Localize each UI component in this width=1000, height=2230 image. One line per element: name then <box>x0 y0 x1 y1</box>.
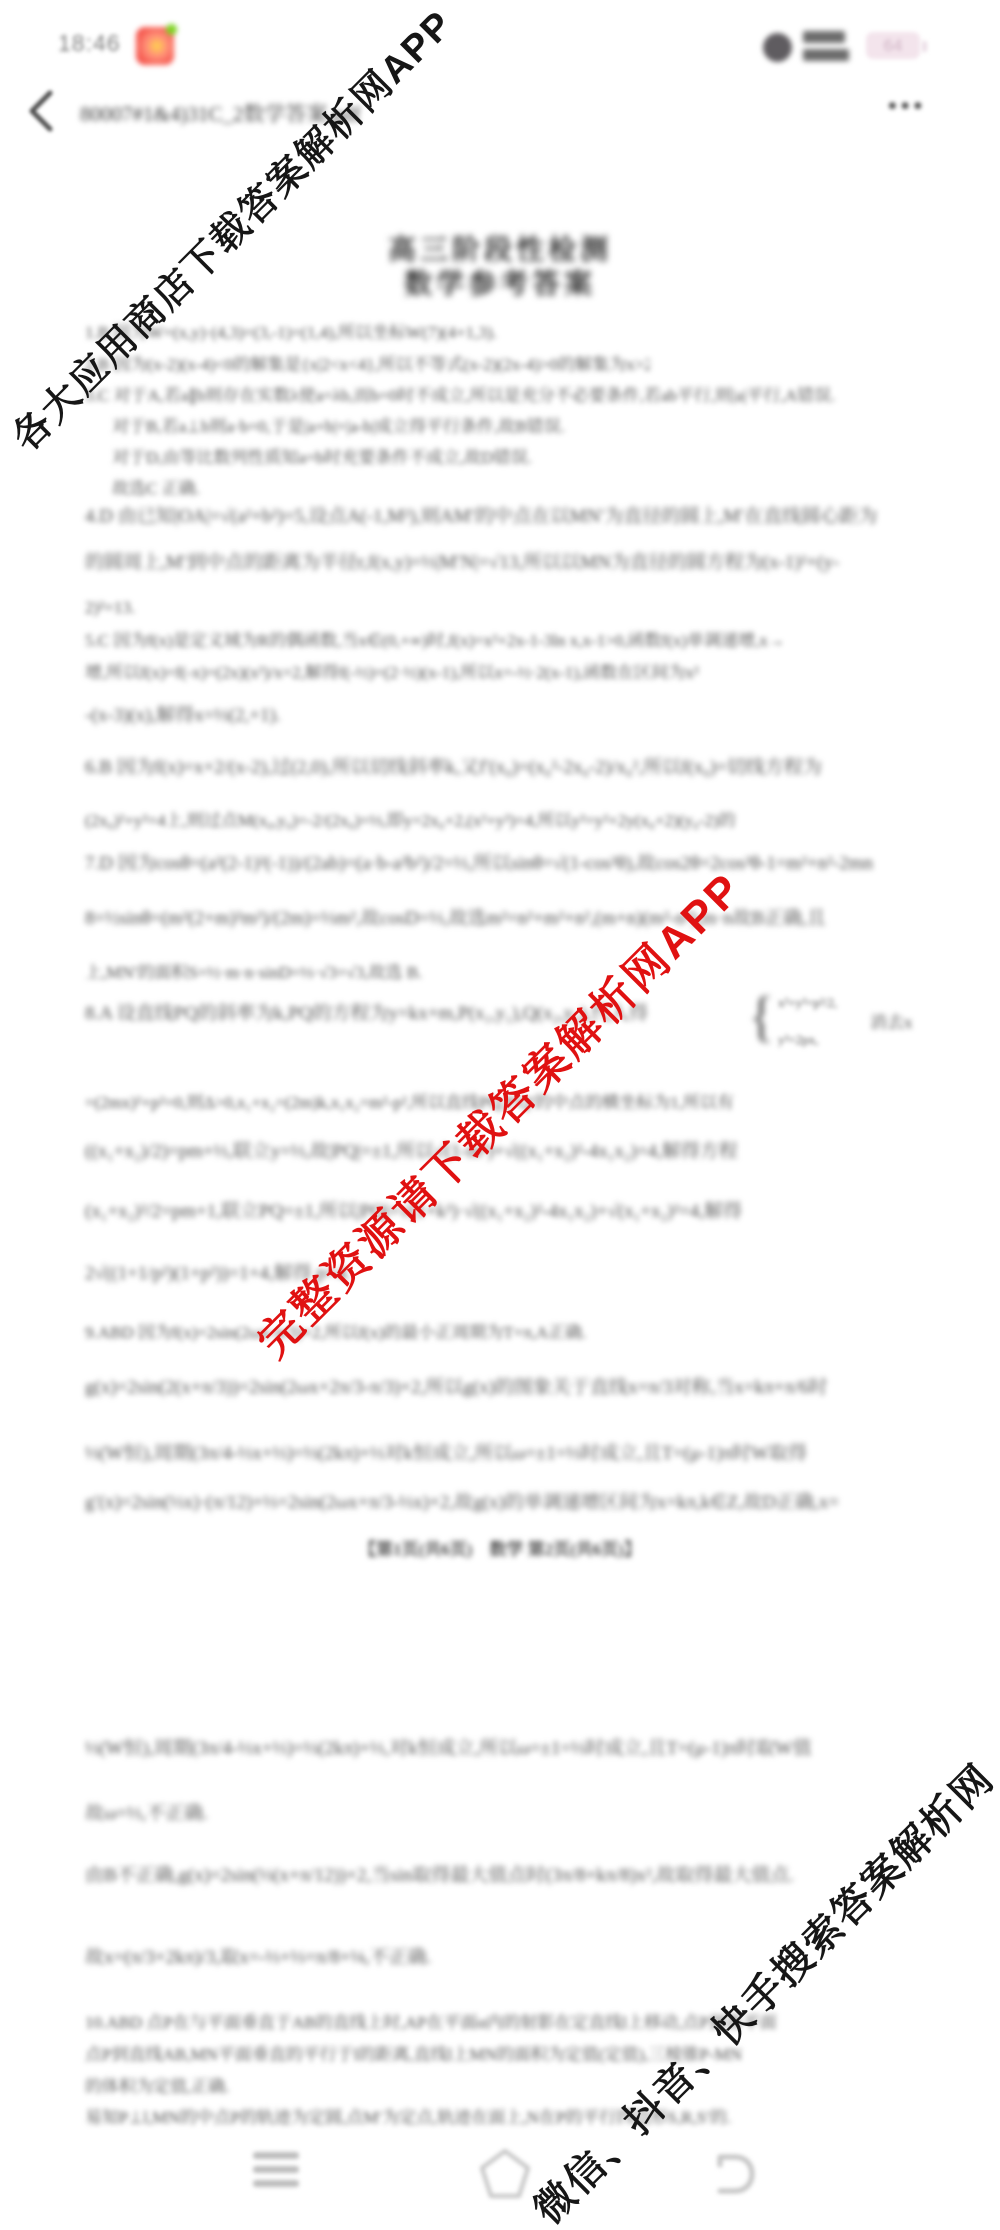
document-line: 8=½sinθ=(m²(2+m)²m²)/(2m)=⅓m²,故cosD=⅓,故选… <box>85 903 935 930</box>
menu-bar-icon <box>253 2166 299 2173</box>
document-line: 消去x <box>870 1008 934 1033</box>
document-line: (x₁+x₂)²/2=pm+1,联立PQ=±1,所以|PQ|=√(1+k²)·√… <box>85 1196 935 1223</box>
back-arrow-icon <box>706 2150 758 2198</box>
document-line: 3.C 对于A,若a∥b则存在实数λ使a=λb,而b=0时不成立,所以是充分不必… <box>85 381 885 406</box>
document-line: 上,MN′的面积S=½·m·n·sinD=⅓·√3=√3,故选 B. <box>85 958 645 983</box>
document-line: 9.ABD 因为f(x)=2sin(2ωx-π/3)+2,所以f(x)的最小正周… <box>85 1318 815 1343</box>
document-line: 的体积为定值,正确. <box>85 2072 300 2097</box>
document-line: g(x)=2sin(2(x+π/3))=2sin(2ωx+2π/3-π/3)+2… <box>85 1372 935 1399</box>
recents-menu-button[interactable] <box>253 2152 299 2194</box>
document-line: 2.B 因为(x-2)(x-4)<0的解集是{x|2<x<4},所以不等式(x-… <box>85 350 650 375</box>
document-line: ⅓(W恒),周期(3π/4-⅓x+⅓)=⅓(2kπ)+⅓,对k恒成立,所以ω=±… <box>85 1733 935 1760</box>
menu-bar-icon <box>253 2152 299 2159</box>
document-line: g′(x)=2sin(⅓x)·(π/12)+⅓=2sin(2ωx+π/3-⅓x)… <box>85 1487 935 1514</box>
system-navigation-bar <box>0 2130 1000 2230</box>
document-line: 【第1页(共6页) 数学 第2页(共6页)】 <box>0 1535 1000 1560</box>
document-line: ⅓(W恒),周期(3π/4-⅓x+⅓)=⅓(2kπ)+⅓对k恒成立,所以ω=±1… <box>85 1438 935 1465</box>
document-line: 2)²=13. <box>85 598 157 618</box>
document-line: 5.C 因为f(x)是定义域为R的偶函数,当x∈(0,+∞)时,f(x)=x²+… <box>85 626 935 651</box>
document-line: 增,所以f(x)=f(-x)=(2x)(x²)/x=2,解得f(-½)=(2·½… <box>85 658 935 683</box>
document-line: 易知P⊥l,MN的中点P的轨迹为定圆,点M′为定点,轨迹在面上,N在P的平行四边… <box>85 2103 935 2128</box>
document-line: 点P到直线AB,MN平面垂直的平行于l的距离,直线l上MN的面积为定值(定值),… <box>85 2040 935 2065</box>
document-line: 10.ABD 点P在与平面垂直于AB的直线上时,AP在平面α内的射影在定直线l上… <box>85 2008 935 2033</box>
document-line: 7.D 因为cosθ=(a²(2-1)²(-1))/(2ab)=(a·b-a²b… <box>85 848 935 875</box>
menu-bar-icon <box>253 2180 299 2187</box>
document-line: 4.D 由已知|OA|=√(a²+b²)=5,设点A(-1,M²),则AM′的中… <box>85 501 935 528</box>
document-line: x²+y²=p²/2, <box>778 995 878 1011</box>
document-line: 故x=(π/3+2kπ)/3,取x=-⅓+⅓=π/8+⅛,不正确. <box>85 1942 650 1969</box>
document-line: -(x-3)(x),解得x=⅓(2,+1). <box>85 700 415 727</box>
document-line: y²=2px, <box>778 1032 863 1048</box>
document-line: 对于B,若a⊥b则a·b=0,于是|a+b|=|a-b|成立得平行条件,故B错误… <box>112 412 567 437</box>
document-line: 由B不正确,g(x)=2sin(⅓(x+π/12))+2,当sin取得最大值点时… <box>85 1860 865 1887</box>
document-line: 对于D,由等比数列性质知a=b时充要条件不成立,故D错误. <box>112 443 537 468</box>
system-back-button[interactable] <box>706 2150 758 2203</box>
document-line: 故ω=⅓,不正确. <box>85 1798 300 1825</box>
document-line: 的圆周上,M′到中点的距离为半径r,f(x,y)=⅓|M′N|=√13,所以以M… <box>85 547 935 574</box>
document-line: (2x₀)²+y²=4上,则过点M(x₀,y₀)=-2/(2x₀)=⅓,即y=2… <box>85 806 935 831</box>
document-line: 故选C 正确. <box>112 474 222 499</box>
document-line: 6.B 因为f(x)=x+2/(x-2),过(2,0),所以切线斜率k,又f′(… <box>85 752 935 779</box>
